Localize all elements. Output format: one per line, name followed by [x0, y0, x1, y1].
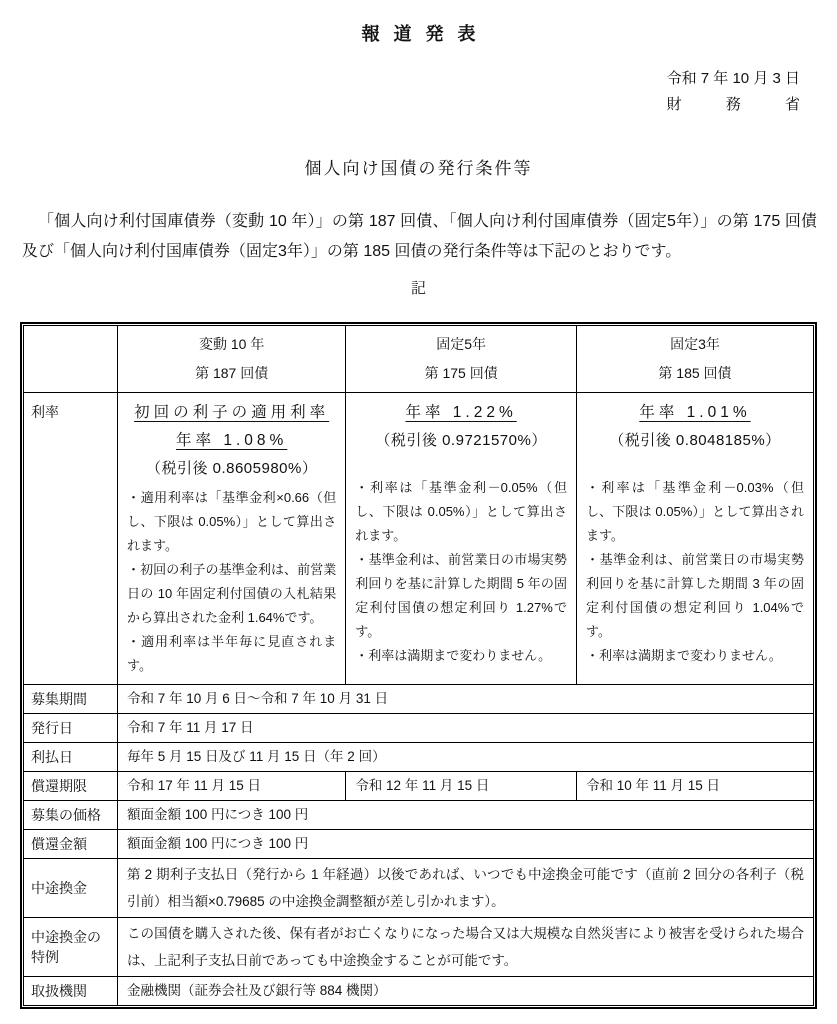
rate-heading: 初回の利子の適用利率: [127, 401, 336, 425]
row-label: 償還期限: [24, 772, 118, 801]
column-header-fixed-3y: 固定3年 第 185 回債: [576, 326, 813, 393]
rate-note: ・利率は満期まで変わりません。: [355, 644, 567, 668]
rate-cell-fixed-5y: 年率 1.22% （税引後 0.9721570%） ・利率は「基準金利－0.05…: [346, 393, 577, 685]
row-label: 利払日: [24, 743, 118, 772]
after-tax-rate: （税引後 0.8048185%）: [586, 429, 804, 453]
rate-note: ・利率は満期まで変わりません。: [586, 644, 804, 668]
row-label: 取扱機関: [24, 977, 118, 1006]
rate-note: ・基準金利は、前営業日の市場実勢利回りを基に計算した期間 5 年の固定利付国債の…: [355, 548, 567, 644]
rate-notes: ・利率は「基準金利－0.05%（但し、下限は 0.05%）」として算出されます。…: [355, 476, 567, 668]
row-value: 額面金額 100 円につき 100 円: [118, 830, 814, 859]
row-value: この国債を購入された後、保有者がお亡くなりになった場合又は大規模な自然災害により…: [118, 918, 814, 977]
product-issue: 第 175 回債: [355, 359, 567, 388]
rate-notes: ・適用利率は「基準金利×0.66（但し、下限は 0.05%）」として算出されます…: [127, 486, 336, 678]
row-label-interest-rate: 利率: [24, 393, 118, 685]
redemption-date-variable-10y: 令和 17 年 11 月 15 日: [118, 772, 346, 801]
row-label: 中途換金: [24, 859, 118, 918]
product-type: 変動 10 年: [127, 330, 336, 359]
document-subject: 個人向け国債の発行条件等: [20, 154, 817, 179]
rate-note: ・利率は「基準金利－0.05%（但し、下限は 0.05%）」として算出されます。: [355, 476, 567, 548]
row-offer-period: 募集期間 令和 7 年 10 月 6 日～令和 7 年 10 月 31 日: [24, 685, 814, 714]
product-issue: 第 187 回債: [127, 359, 336, 388]
row-redemption-amount: 償還金額 額面金額 100 円につき 100 円: [24, 830, 814, 859]
rate-note: ・適用利率は半年毎に見直されます。: [127, 630, 336, 678]
row-label: 償還金額: [24, 830, 118, 859]
row-handling-institutions: 取扱機関 金融機関（証券会社及び銀行等 884 機関）: [24, 977, 814, 1006]
ministry-name: 財務省: [667, 92, 800, 118]
row-early-redemption-exception: 中途換金の特例 この国債を購入された後、保有者がお亡くなりになった場合又は大規模…: [24, 918, 814, 977]
rate-notes: ・利率は「基準金利－0.03%（但し、下限は 0.05%）」として算出されます。…: [586, 476, 804, 668]
row-early-redemption: 中途換金 第 2 期利子支払日（発行から 1 年経過）以後であれば、いつでも中途…: [24, 859, 814, 918]
row-redemption-date: 償還期限 令和 17 年 11 月 15 日 令和 12 年 11 月 15 日…: [24, 772, 814, 801]
table-corner-cell: [24, 326, 118, 393]
product-type: 固定3年: [586, 330, 804, 359]
after-tax-rate: （税引後 0.9721570%）: [355, 429, 567, 453]
redemption-date-fixed-5y: 令和 12 年 11 月 15 日: [346, 772, 577, 801]
rate-note: ・初回の利子の基準金利は、前営業日の 10 年固定利付国債の入札結果から算出され…: [127, 558, 336, 630]
annual-rate: 年率 1.01%: [586, 401, 804, 425]
date-block: 令和 7 年 10 月 3 日 財務省: [20, 66, 817, 118]
table-header-row: 変動 10 年 第 187 回債 固定5年 第 175 回債 固定3年 第 18…: [24, 326, 814, 393]
row-label: 発行日: [24, 714, 118, 743]
intro-paragraph: 「個人向け利付国庫債券（変動 10 年）」の第 187 回債、「個人向け利付国庫…: [22, 207, 817, 267]
ki-marker: 記: [20, 277, 817, 298]
row-label: 中途換金の特例: [24, 918, 118, 977]
page-title: 報道発表: [20, 20, 817, 46]
bond-conditions-table: 変動 10 年 第 187 回債 固定5年 第 175 回債 固定3年 第 18…: [20, 322, 817, 1009]
row-label: 募集期間: [24, 685, 118, 714]
annual-rate: 年率 1.22%: [355, 401, 567, 425]
annual-rate: 年率 1.08%: [127, 429, 336, 453]
rate-note: ・基準金利は、前営業日の市場実勢利回りを基に計算した期間 3 年の固定利付国債の…: [586, 548, 804, 644]
rate-note: ・利率は「基準金利－0.03%（但し、下限は 0.05%）」として算出されます。: [586, 476, 804, 548]
row-value: 令和 7 年 11 月 17 日: [118, 714, 814, 743]
product-issue: 第 185 回債: [586, 359, 804, 388]
rate-note: ・適用利率は「基準金利×0.66（但し、下限は 0.05%）」として算出されます…: [127, 486, 336, 558]
row-interest-payment-date: 利払日 毎年 5 月 15 日及び 11 月 15 日（年 2 回）: [24, 743, 814, 772]
row-value: 毎年 5 月 15 日及び 11 月 15 日（年 2 回）: [118, 743, 814, 772]
row-value: 令和 7 年 10 月 6 日～令和 7 年 10 月 31 日: [118, 685, 814, 714]
press-release-page: 報道発表 令和 7 年 10 月 3 日 財務省 個人向け国債の発行条件等 「個…: [0, 0, 837, 1024]
row-interest-rate: 利率 初回の利子の適用利率 年率 1.08% （税引後 0.8605980%） …: [24, 393, 814, 685]
row-value: 金融機関（証券会社及び銀行等 884 機関）: [118, 977, 814, 1006]
product-type: 固定5年: [355, 330, 567, 359]
column-header-fixed-5y: 固定5年 第 175 回債: [346, 326, 577, 393]
redemption-date-fixed-3y: 令和 10 年 11 月 15 日: [576, 772, 813, 801]
rate-cell-fixed-3y: 年率 1.01% （税引後 0.8048185%） ・利率は「基準金利－0.03…: [576, 393, 813, 685]
row-issue-date: 発行日 令和 7 年 11 月 17 日: [24, 714, 814, 743]
column-header-variable-10y: 変動 10 年 第 187 回債: [118, 326, 346, 393]
row-value: 第 2 期利子支払日（発行から 1 年経過）以後であれば、いつでも中途換金可能で…: [118, 859, 814, 918]
release-date: 令和 7 年 10 月 3 日: [667, 66, 800, 92]
row-offer-price: 募集の価格 額面金額 100 円につき 100 円: [24, 801, 814, 830]
row-value: 額面金額 100 円につき 100 円: [118, 801, 814, 830]
rate-cell-variable-10y: 初回の利子の適用利率 年率 1.08% （税引後 0.8605980%） ・適用…: [118, 393, 346, 685]
row-label: 募集の価格: [24, 801, 118, 830]
after-tax-rate: （税引後 0.8605980%）: [127, 457, 336, 481]
